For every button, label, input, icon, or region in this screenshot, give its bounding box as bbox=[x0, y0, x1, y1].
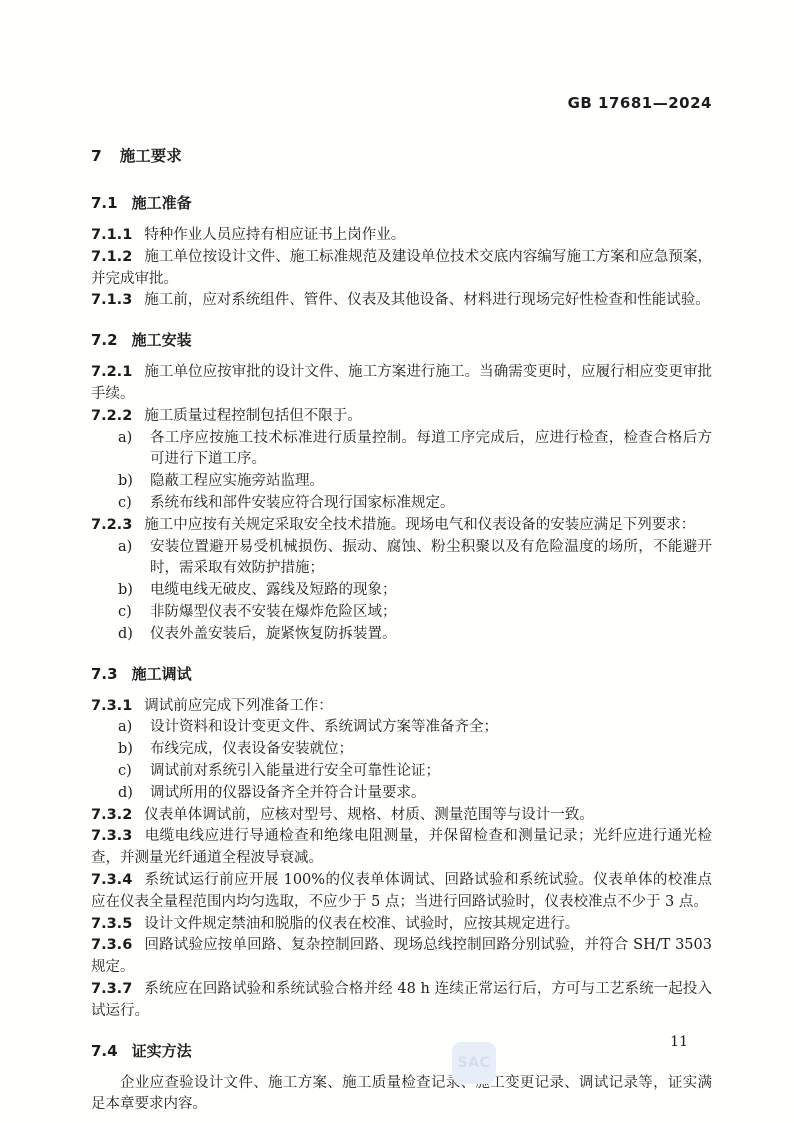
list-item-label: b) bbox=[118, 471, 133, 493]
list-item-label: b) bbox=[118, 739, 133, 761]
list-item-7-2-2-c: c)系统布线和部件安装应符合现行国家标准规定。 bbox=[91, 493, 712, 515]
clause-text: 设计文件规定禁油和脱脂的仪表在校准、试验时，应按其规定进行。 bbox=[144, 916, 579, 932]
list-item-7-2-2-a: a)各工序应按施工技术标准进行质量控制。每道工序完成后，应进行检查，检查合格后方… bbox=[91, 428, 712, 472]
list-item-label: a) bbox=[118, 537, 132, 559]
clause-7-2-1: 7.2.1施工单位应按审批的设计文件、施工方案进行施工。当确需变更时，应履行相应… bbox=[91, 362, 712, 406]
list-item-text: 调试前对系统引入能量进行安全可靠性论证； bbox=[150, 763, 440, 779]
list-item-label: d) bbox=[118, 783, 133, 805]
list-item-text: 电缆电线无破皮、露线及短路的现象； bbox=[150, 582, 397, 598]
list-item-7-3-1-a: a)设计资料和设计变更文件、系统调试方案等准备齐全； bbox=[91, 717, 712, 739]
list-item-7-2-3-a: a)安装位置避开易受机械损伤、振动、腐蚀、粉尘积聚以及有危险温度的场所，不能避开… bbox=[91, 537, 712, 581]
clause-7-2-2: 7.2.2施工质量过程控制包括但不限于。 bbox=[91, 406, 712, 428]
clause-7-1-3: 7.1.3施工前，应对系统组件、管件、仪表及其他设备、材料进行现场完好性检查和性… bbox=[91, 290, 712, 312]
list-item-7-2-3-b: b)电缆电线无破皮、露线及短路的现象； bbox=[91, 580, 712, 602]
clause-7-3-7: 7.3.7系统应在回路试验和系统试验合格并经 48 h 连续正常运行后，方可与工… bbox=[91, 979, 712, 1023]
clause-text: 施工单位按设计文件、施工标准规范及建设单位技术交底内容编写施工方案和应急预案，并… bbox=[91, 249, 712, 287]
clause-text: 施工质量过程控制包括但不限于。 bbox=[144, 408, 362, 424]
section-title: 施工准备 bbox=[132, 194, 192, 212]
clause-number: 7.3.7 bbox=[91, 981, 144, 997]
section-title: 施工安装 bbox=[132, 331, 192, 349]
clause-number: 7.2.3 bbox=[91, 517, 144, 533]
clause-7-3-1: 7.3.1调试前应完成下列准备工作： bbox=[91, 696, 712, 718]
clause-7-3-6: 7.3.6回路试验应按单回路、复杂控制回路、现场总线控制回路分别试验，并符合 S… bbox=[91, 935, 712, 979]
paragraph-7-4: 企业应查验设计文件、施工方案、施工质量检查记录、施工变更记录、调试记录等，证实满… bbox=[91, 1073, 712, 1117]
list-item-7-2-3-c: c)非防爆型仪表不安装在爆炸危险区域； bbox=[91, 602, 712, 624]
clause-number: 7.1.3 bbox=[91, 292, 144, 308]
clause-number: 7.3.3 bbox=[91, 828, 144, 844]
clause-number: 7.3.6 bbox=[91, 937, 144, 953]
clause-text: 调试前应完成下列准备工作： bbox=[144, 698, 333, 714]
list-item-label: a) bbox=[118, 717, 132, 739]
section-number: 7.4 bbox=[91, 1042, 132, 1060]
clause-text: 施工中应按有关规定采取安全技术措施。现场电气和仪表设备的安装应满足下列要求： bbox=[144, 517, 695, 533]
clause-number: 7.3.1 bbox=[91, 698, 144, 714]
clause-text: 系统试运行前应开展 100%的仪表单体调试、回路试验和系统试验。仪表单体的校准点… bbox=[91, 872, 712, 910]
section-heading-7-3: 7.3施工调试 bbox=[91, 663, 712, 684]
list-item-text: 系统布线和部件安装应符合现行国家标准规定。 bbox=[150, 495, 455, 511]
section-number: 7.2 bbox=[91, 331, 132, 349]
chapter-title: 施工要求 bbox=[120, 147, 182, 165]
clause-7-3-2: 7.3.2仪表单体调试前，应核对型号、规格、材质、测量范围等与设计一致。 bbox=[91, 805, 712, 827]
standard-number-header: GB 17681—2024 bbox=[91, 94, 712, 112]
clause-number: 7.3.5 bbox=[91, 916, 144, 932]
list-item-text: 非防爆型仪表不安装在爆炸危险区域； bbox=[150, 604, 397, 620]
clause-number: 7.2.2 bbox=[91, 408, 144, 424]
list-item-7-3-1-d: d)调试所用的仪器设备齐全并符合计量要求。 bbox=[91, 783, 712, 805]
list-item-label: a) bbox=[118, 428, 132, 450]
section-number: 7.3 bbox=[91, 665, 132, 683]
clause-number: 7.2.1 bbox=[91, 364, 144, 380]
list-item-7-3-1-c: c)调试前对系统引入能量进行安全可靠性论证； bbox=[91, 761, 712, 783]
clause-text: 回路试验应按单回路、复杂控制回路、现场总线控制回路分别试验，并符合 SH/T 3… bbox=[91, 937, 712, 975]
list-item-text: 调试所用的仪器设备齐全并符合计量要求。 bbox=[150, 785, 426, 801]
clause-text: 施工单位应按审批的设计文件、施工方案进行施工。当确需变更时，应履行相应变更审批手… bbox=[91, 364, 712, 402]
section-heading-7-1: 7.1施工准备 bbox=[91, 192, 712, 213]
section-heading-7-4: 7.4证实方法 bbox=[91, 1040, 712, 1061]
section-title: 证实方法 bbox=[132, 1042, 192, 1060]
clause-text: 特种作业人员应持有相应证书上岗作业。 bbox=[144, 227, 405, 243]
clause-text: 系统应在回路试验和系统试验合格并经 48 h 连续正常运行后，方可与工艺系统一起… bbox=[91, 981, 712, 1019]
clause-text: 施工前，应对系统组件、管件、仪表及其他设备、材料进行现场完好性检查和性能试验。 bbox=[144, 292, 710, 308]
list-item-text: 布线完成，仪表设备安装就位； bbox=[150, 741, 353, 757]
list-item-text: 设计资料和设计变更文件、系统调试方案等准备齐全； bbox=[150, 719, 498, 735]
clause-text: 仪表单体调试前，应核对型号、规格、材质、测量范围等与设计一致。 bbox=[144, 807, 594, 823]
clause-7-1-2: 7.1.2施工单位按设计文件、施工标准规范及建设单位技术交底内容编写施工方案和应… bbox=[91, 247, 712, 291]
clause-7-3-4: 7.3.4系统试运行前应开展 100%的仪表单体调试、回路试验和系统试验。仪表单… bbox=[91, 870, 712, 914]
section-number: 7.1 bbox=[91, 194, 132, 212]
clause-7-1-1: 7.1.1特种作业人员应持有相应证书上岗作业。 bbox=[91, 225, 712, 247]
list-item-text: 各工序应按施工技术标准进行质量控制。每道工序完成后，应进行检查，检查合格后方可进… bbox=[150, 430, 712, 468]
list-item-text: 隐蔽工程应实施旁站监理。 bbox=[150, 473, 324, 489]
clause-7-2-3: 7.2.3施工中应按有关规定采取安全技术措施。现场电气和仪表设备的安装应满足下列… bbox=[91, 515, 712, 537]
section-title: 施工调试 bbox=[132, 665, 192, 683]
chapter-number: 7 bbox=[91, 147, 120, 165]
clause-number: 7.1.2 bbox=[91, 249, 144, 265]
list-item-text: 安装位置避开易受机械损伤、振动、腐蚀、粉尘积聚以及有危险温度的场所，不能避开时，… bbox=[150, 539, 712, 577]
clause-7-3-3: 7.3.3电缆电线应进行导通检查和绝缘电阻测量，并保留检查和测量记录；光纤应进行… bbox=[91, 826, 712, 870]
section-heading-7-2: 7.2施工安装 bbox=[91, 329, 712, 350]
list-item-7-2-3-d: d)仪表外盖安装后，旋紧恢复防拆装置。 bbox=[91, 624, 712, 646]
list-item-7-3-1-b: b)布线完成，仪表设备安装就位； bbox=[91, 739, 712, 761]
list-item-7-2-2-b: b)隐蔽工程应实施旁站监理。 bbox=[91, 471, 712, 493]
list-item-label: b) bbox=[118, 580, 133, 602]
sac-watermark-logo: SAC bbox=[452, 1042, 496, 1084]
chapter-heading: 7施工要求 bbox=[91, 144, 712, 166]
page-content: GB 17681—2024 7施工要求 7.1施工准备 7.1.1特种作业人员应… bbox=[91, 94, 712, 1116]
page-number: 11 bbox=[670, 1034, 688, 1050]
clause-number: 7.1.1 bbox=[91, 227, 144, 243]
list-item-label: c) bbox=[118, 493, 132, 515]
document-page: GB 17681—2024 7施工要求 7.1施工准备 7.1.1特种作业人员应… bbox=[0, 0, 794, 1123]
clause-text: 电缆电线应进行导通检查和绝缘电阻测量，并保留检查和测量记录；光纤应进行通光检查，… bbox=[91, 828, 712, 866]
clause-7-3-5: 7.3.5设计文件规定禁油和脱脂的仪表在校准、试验时，应按其规定进行。 bbox=[91, 914, 712, 936]
list-item-label: c) bbox=[118, 761, 132, 783]
clause-number: 7.3.4 bbox=[91, 872, 144, 888]
list-item-label: c) bbox=[118, 602, 132, 624]
list-item-label: d) bbox=[118, 624, 133, 646]
list-item-text: 仪表外盖安装后，旋紧恢复防拆装置。 bbox=[150, 626, 397, 642]
clause-number: 7.3.2 bbox=[91, 807, 144, 823]
